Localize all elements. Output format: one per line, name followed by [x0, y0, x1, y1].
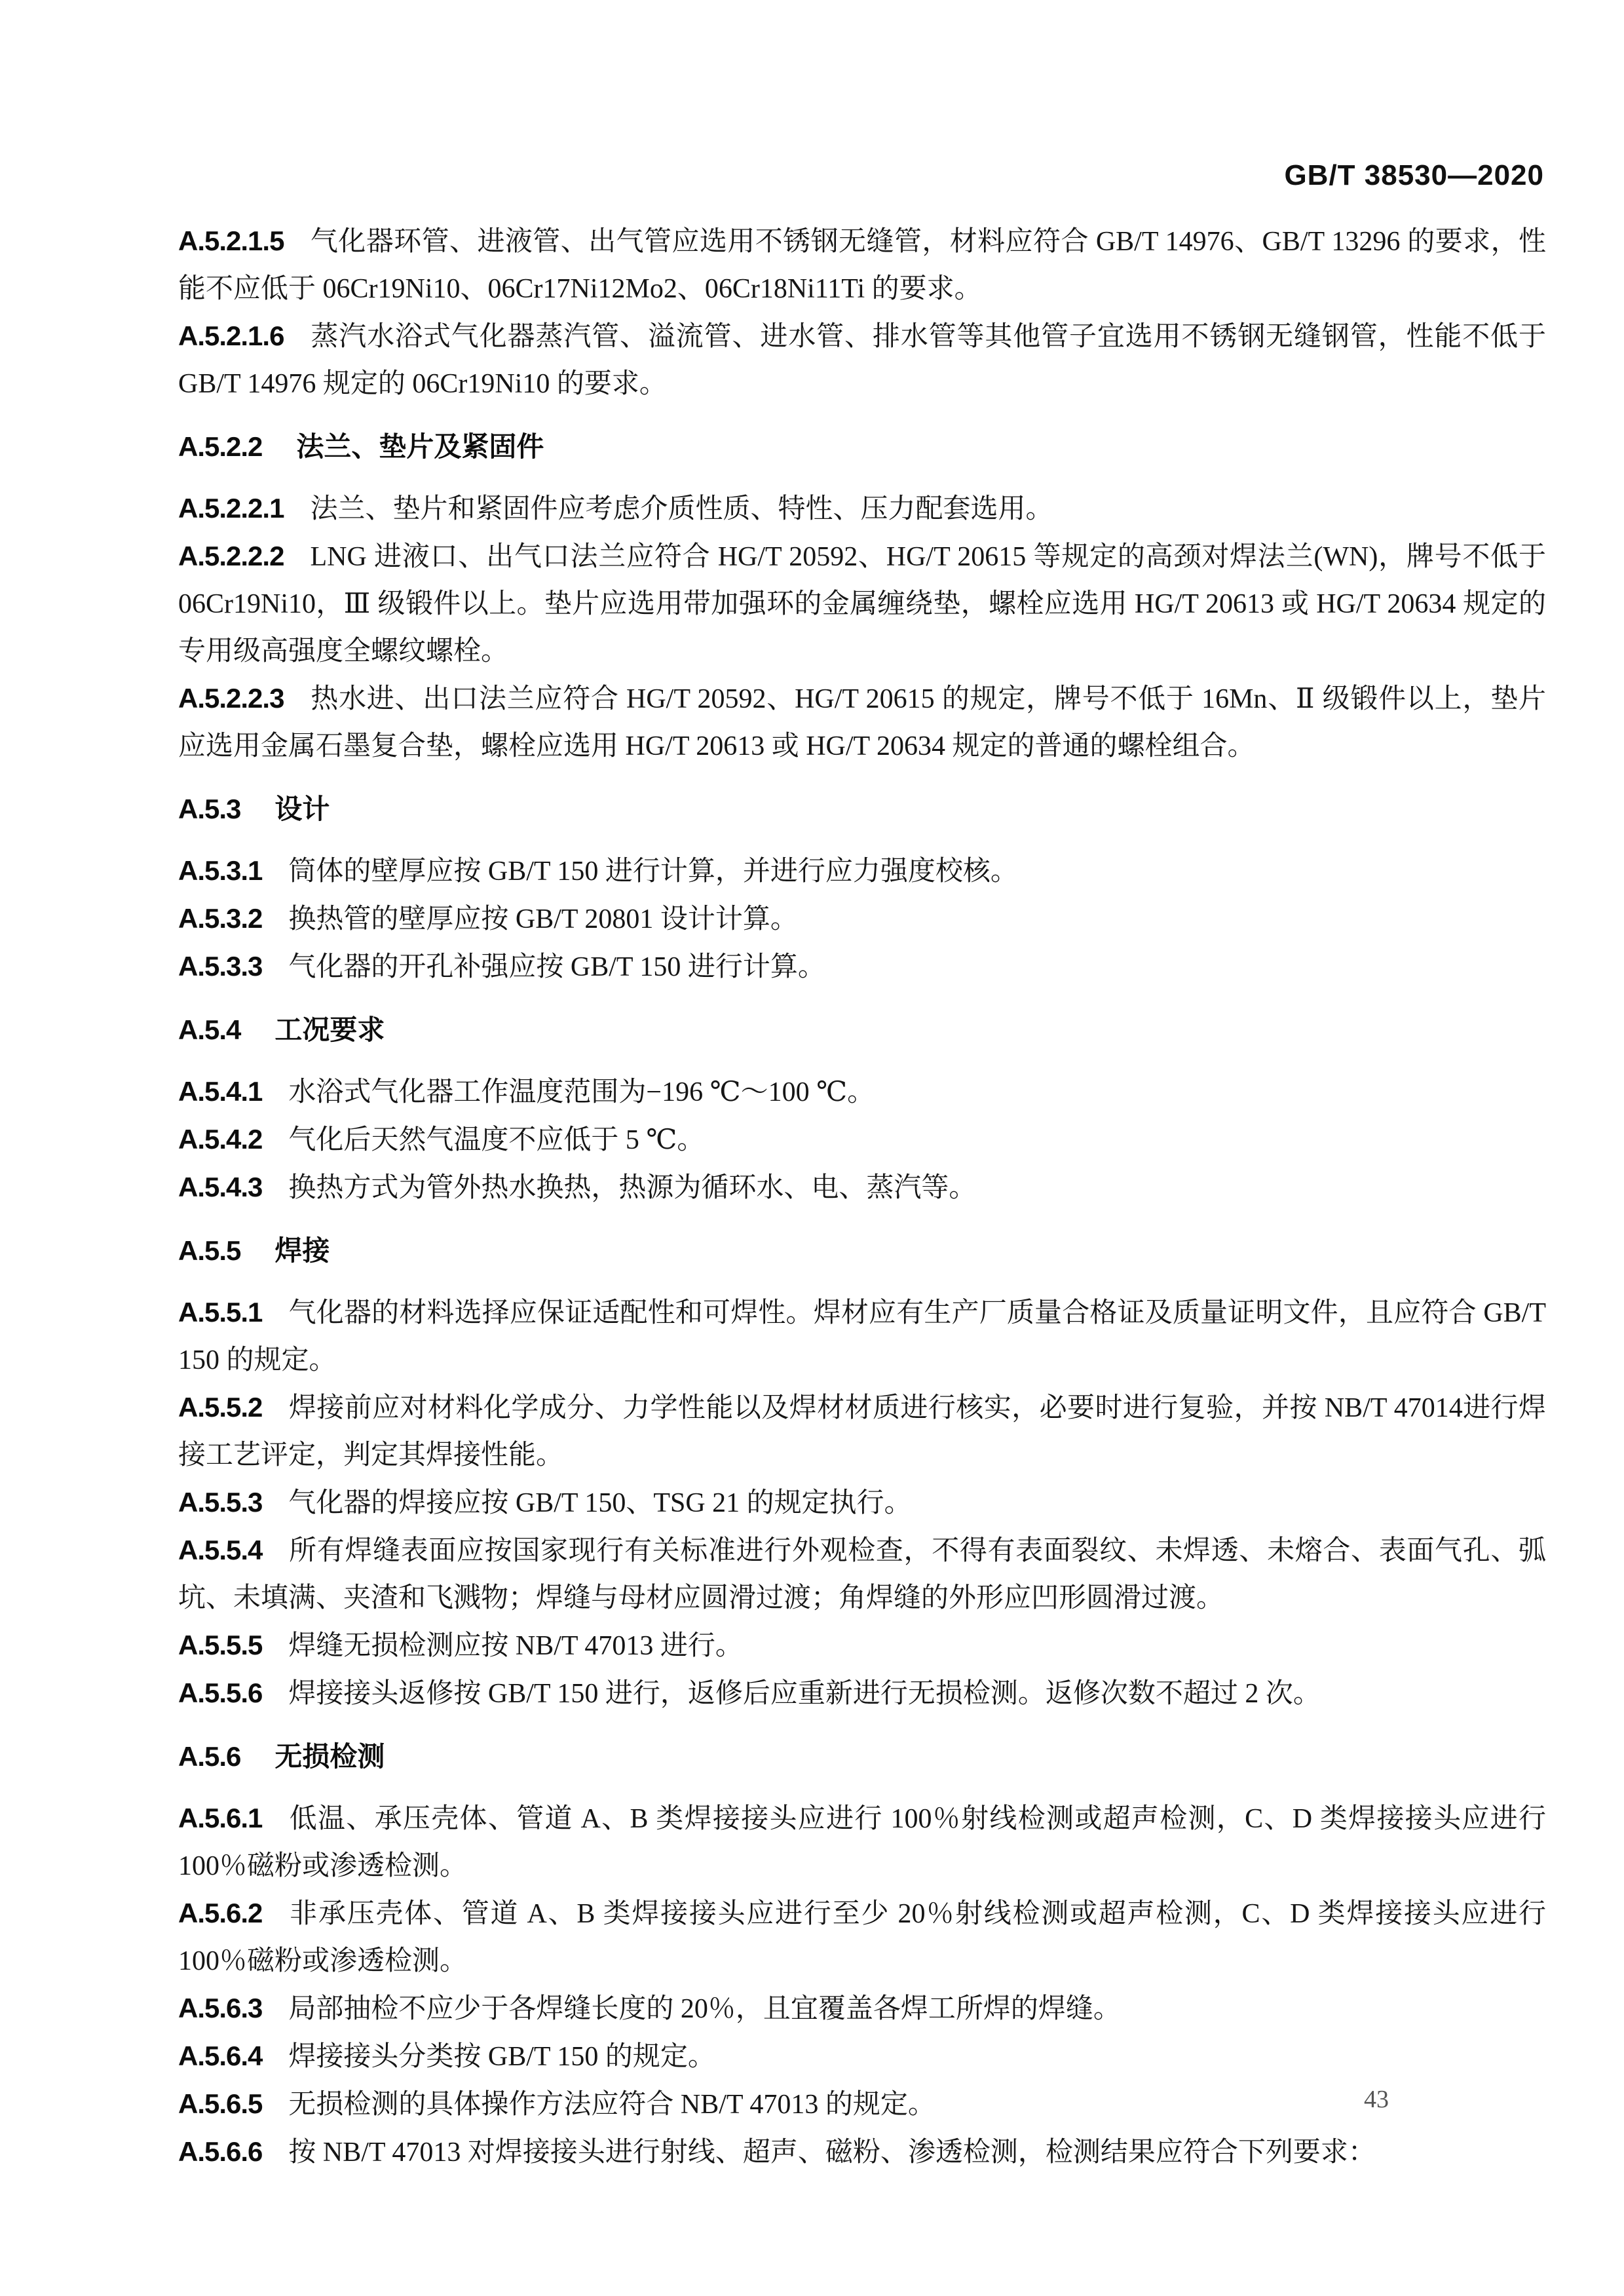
section-title: 工况要求: [274, 1014, 385, 1045]
clause-number: A.5.2.2.3: [178, 683, 284, 714]
clause-number: A.5.5.4: [178, 1535, 262, 1565]
clause-number: A.5.2.2.2: [178, 541, 284, 571]
clause-A.5.2.2.3: A.5.2.2.3热水进、出口法兰应符合 HG/T 20592、HG/T 206…: [178, 675, 1546, 770]
section-title: 设计: [274, 794, 330, 824]
clause-A.5.2.2.2: A.5.2.2.2LNG 进液口、出气口法兰应符合 HG/T 20592、HG/…: [178, 533, 1546, 675]
clause-number: A.5.4.1: [178, 1076, 262, 1107]
clause-text: 法兰、垫片和紧固件应考虑介质性质、特性、压力配套选用。: [310, 494, 1053, 524]
clause-number: A.5.6.4: [178, 2040, 262, 2071]
clause-A.5.5.5: A.5.5.5焊缝无损检测应按 NB/T 47013 进行。: [178, 1622, 1546, 1670]
clause-text: 蒸汽水浴式气化器蒸汽管、溢流管、进水管、排水管等其他管子宜选用不锈钢无缝钢管，性…: [178, 322, 1546, 399]
clause-A.5.6.6: A.5.6.6按 NB/T 47013 对焊接接头进行射线、超声、磁粉、渗透检测…: [178, 2128, 1546, 2176]
clause-number: A.5.3.1: [178, 855, 262, 886]
clause-number: A.5.3.2: [178, 903, 262, 934]
clause-A.5.3.3: A.5.3.3气化器的开孔补强应按 GB/T 150 进行计算。: [178, 943, 1546, 991]
clause-text: 局部抽检不应少于各焊缝长度的 20％，且宜覆盖各焊工所焊的焊缝。: [288, 1994, 1121, 2024]
clause-A.5.5.3: A.5.5.3气化器的焊接应按 GB/T 150、TSG 21 的规定执行。: [178, 1479, 1546, 1527]
clause-number: A.5.6.2: [178, 1898, 262, 1928]
clause-text: 所有焊缝表面应按国家现行有关标准进行外观检查，不得有表面裂纹、未焊透、未熔合、表…: [178, 1536, 1546, 1613]
clause-A.5.5.1: A.5.5.1气化器的材料选择应保证适配性和可焊性。焊材应有生产厂质量合格证及质…: [178, 1289, 1546, 1384]
clause-number: A.5.5.3: [178, 1487, 262, 1518]
section-number: A.5.2.2: [178, 431, 262, 462]
section-number: A.5.6: [178, 1741, 240, 1772]
clause-A.5.6.2: A.5.6.2非承压壳体、管道 A、B 类焊接接头应进行至少 20％射线检测或超…: [178, 1890, 1546, 1985]
clause-number: A.5.5.5: [178, 1630, 262, 1660]
clause-text: 气化器的焊接应按 GB/T 150、TSG 21 的规定执行。: [288, 1488, 911, 1518]
clause-number: A.5.5.6: [178, 1677, 262, 1708]
clause-A.5.3.1: A.5.3.1筒体的壁厚应按 GB/T 150 进行计算，并进行应力强度校核。: [178, 847, 1546, 895]
clause-text: 气化器环管、进液管、出气管应选用不锈钢无缝管，材料应符合 GB/T 14976、…: [178, 227, 1546, 304]
clause-text: 热水进、出口法兰应符合 HG/T 20592、HG/T 20615 的规定，牌号…: [178, 684, 1546, 761]
clause-text: 按 NB/T 47013 对焊接接头进行射线、超声、磁粉、渗透检测，检测结果应符…: [288, 2137, 1375, 2168]
section-heading-A.5.4: A.5.4工况要求: [178, 1006, 1546, 1054]
clause-A.5.6.5: A.5.6.5无损检测的具体操作方法应符合 NB/T 47013 的规定。: [178, 2080, 1546, 2128]
document-page: GB/T 38530—2020 A.5.2.1.5气化器环管、进液管、出气管应选…: [0, 0, 1624, 2296]
section-heading-A.5.5: A.5.5焊接: [178, 1227, 1546, 1274]
section-number: A.5.5: [178, 1235, 240, 1266]
clause-A.5.4.3: A.5.4.3换热方式为管外热水换热，热源为循环水、电、蒸汽等。: [178, 1164, 1546, 1212]
clause-A.5.2.1.5: A.5.2.1.5气化器环管、进液管、出气管应选用不锈钢无缝管，材料应符合 GB…: [178, 218, 1546, 313]
clause-text: 焊接接头返修按 GB/T 150 进行，返修后应重新进行无损检测。返修次数不超过…: [288, 1679, 1320, 1709]
clause-number: A.5.6.5: [178, 2088, 262, 2119]
section-title: 无损检测: [274, 1741, 385, 1772]
clause-number: A.5.5.2: [178, 1392, 262, 1423]
section-title: 法兰、垫片及紧固件: [296, 431, 544, 462]
clause-text: 气化后天然气温度不应低于 5 ℃。: [288, 1125, 704, 1155]
section-heading-A.5.3: A.5.3设计: [178, 786, 1546, 833]
clause-A.5.6.3: A.5.6.3局部抽检不应少于各焊缝长度的 20％，且宜覆盖各焊工所焊的焊缝。: [178, 1985, 1546, 2033]
clause-text: 低温、承压壳体、管道 A、B 类焊接接头应进行 100％射线检测或超声检测，C、…: [178, 1804, 1546, 1881]
clause-text: 气化器的材料选择应保证适配性和可焊性。焊材应有生产厂质量合格证及质量证明文件，且…: [178, 1298, 1546, 1375]
clause-text: 换热方式为管外热水换热，热源为循环水、电、蒸汽等。: [288, 1173, 976, 1203]
clause-text: 焊接前应对材料化学成分、力学性能以及焊材材质进行核实，必要时进行复验，并按 NB…: [178, 1393, 1546, 1470]
clause-text: 换热管的壁厚应按 GB/T 20801 设计计算。: [288, 904, 797, 934]
standard-number-header: GB/T 38530—2020: [1284, 159, 1544, 192]
clause-number: A.5.6.6: [178, 2136, 262, 2167]
clause-number: A.5.4.3: [178, 1172, 262, 1202]
clause-number: A.5.2.1.5: [178, 225, 284, 256]
section-heading-A.5.6: A.5.6无损检测: [178, 1733, 1546, 1780]
clause-number: A.5.2.2.1: [178, 493, 284, 524]
clause-number: A.5.6.3: [178, 1993, 262, 2023]
clause-A.5.5.6: A.5.5.6焊接接头返修按 GB/T 150 进行，返修后应重新进行无损检测。…: [178, 1670, 1546, 1717]
section-heading-A.5.2.2: A.5.2.2法兰、垫片及紧固件: [178, 423, 1546, 470]
clause-number: A.5.6.1: [178, 1803, 262, 1833]
clause-text: LNG 进液口、出气口法兰应符合 HG/T 20592、HG/T 20615 等…: [178, 542, 1546, 666]
clause-number: A.5.3.3: [178, 951, 262, 982]
clause-A.5.2.2.1: A.5.2.2.1法兰、垫片和紧固件应考虑介质性质、特性、压力配套选用。: [178, 485, 1546, 533]
clause-A.5.4.1: A.5.4.1水浴式气化器工作温度范围为−196 ℃～100 ℃。: [178, 1068, 1546, 1116]
clause-A.5.3.2: A.5.3.2换热管的壁厚应按 GB/T 20801 设计计算。: [178, 895, 1546, 943]
section-number: A.5.3: [178, 794, 240, 824]
document-body: A.5.2.1.5气化器环管、进液管、出气管应选用不锈钢无缝管，材料应符合 GB…: [178, 218, 1546, 2176]
clause-text: 焊接接头分类按 GB/T 150 的规定。: [288, 2042, 715, 2072]
clause-A.5.4.2: A.5.4.2气化后天然气温度不应低于 5 ℃。: [178, 1116, 1546, 1164]
clause-number: A.5.2.1.6: [178, 320, 284, 351]
clause-number: A.5.5.1: [178, 1297, 262, 1328]
clause-text: 焊缝无损检测应按 NB/T 47013 进行。: [288, 1631, 742, 1661]
clause-text: 气化器的开孔补强应按 GB/T 150 进行计算。: [288, 952, 825, 982]
clause-A.5.6.4: A.5.6.4焊接接头分类按 GB/T 150 的规定。: [178, 2033, 1546, 2080]
clause-A.5.6.1: A.5.6.1低温、承压壳体、管道 A、B 类焊接接头应进行 100％射线检测或…: [178, 1795, 1546, 1890]
clause-text: 水浴式气化器工作温度范围为−196 ℃～100 ℃。: [288, 1077, 875, 1107]
clause-A.5.2.1.6: A.5.2.1.6蒸汽水浴式气化器蒸汽管、溢流管、进水管、排水管等其他管子宜选用…: [178, 313, 1546, 408]
section-number: A.5.4: [178, 1014, 240, 1045]
clause-text: 无损检测的具体操作方法应符合 NB/T 47013 的规定。: [288, 2090, 935, 2120]
section-title: 焊接: [274, 1235, 330, 1266]
clause-text: 筒体的壁厚应按 GB/T 150 进行计算，并进行应力强度校核。: [288, 856, 1017, 887]
clause-A.5.5.2: A.5.5.2焊接前应对材料化学成分、力学性能以及焊材材质进行核实，必要时进行复…: [178, 1384, 1546, 1479]
clause-number: A.5.4.2: [178, 1124, 262, 1155]
clause-A.5.5.4: A.5.5.4所有焊缝表面应按国家现行有关标准进行外观检查，不得有表面裂纹、未焊…: [178, 1527, 1546, 1622]
page-number: 43: [1364, 2085, 1389, 2114]
clause-text: 非承压壳体、管道 A、B 类焊接接头应进行至少 20％射线检测或超声检测，C、D…: [178, 1899, 1546, 1976]
